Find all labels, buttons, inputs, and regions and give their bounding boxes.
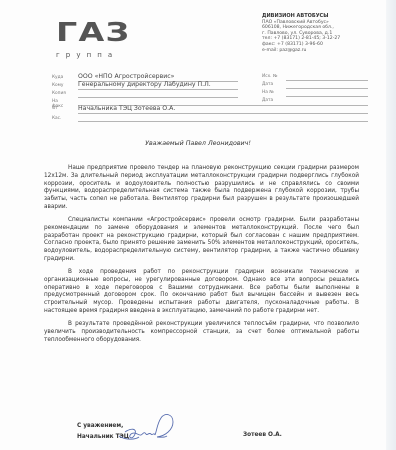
division-email: e-mail: paz@gaz.ru [262, 48, 340, 54]
line-na-no [286, 96, 368, 97]
logo-sub-text: группа [56, 51, 141, 59]
label-kuda: Куда [52, 75, 63, 80]
value-komu: Генеральному директору Лабудину П.Л. [78, 81, 211, 88]
division-postal: 606108, Нижегородская обл., [262, 25, 340, 31]
paragraph-1: Наше предприятие провело тендер на плано… [44, 165, 359, 212]
greeting: Уважаемый Павел Леонидович! [0, 140, 396, 147]
line-kas [78, 121, 368, 122]
label-data-1: Дата [262, 82, 273, 87]
label-ish-no: Исх. № [262, 74, 277, 79]
logo-main-text: ГАЗ [56, 20, 165, 46]
label-na-no: На № [262, 90, 274, 95]
signer-name: Зотеев О.А. [243, 432, 282, 438]
label-data-2: Дата [262, 98, 273, 103]
line-ot [78, 113, 368, 114]
gaz-group-logo: ГАЗ группа [56, 20, 141, 59]
handwritten-signature-icon [117, 410, 177, 444]
page-edge-shadow [386, 0, 396, 450]
value-kuda: ООО «НПО Агростройсервис» [78, 73, 174, 80]
line-data-1 [286, 88, 368, 89]
paragraph-4: В результате проведённой реконструкции у… [44, 321, 359, 344]
letter-body: Наше предприятие провело тендер на плано… [44, 165, 359, 350]
line-komu [78, 89, 238, 90]
division-contact-block: ДИВИЗИОН АВТОБУСЫ ПАО «Павловский Автобу… [262, 14, 340, 53]
line-ish-no [286, 80, 368, 81]
paragraph-2: Специалисты компании «Агростройсервис» п… [44, 217, 359, 264]
paragraph-3: В ходе проведения работ по реконструкции… [44, 269, 359, 316]
label-kas: Кас. [52, 116, 61, 121]
value-ot: Начальника ТЭЦ Зотеева О.А. [78, 105, 175, 112]
label-kopiya: Копия [52, 91, 66, 96]
line-kopiya [78, 97, 238, 98]
label-komu: Кому [52, 83, 63, 88]
label-ot: От [52, 106, 58, 111]
row-ot: От Начальника ТЭЦ Зотеева О.А. [52, 105, 232, 113]
